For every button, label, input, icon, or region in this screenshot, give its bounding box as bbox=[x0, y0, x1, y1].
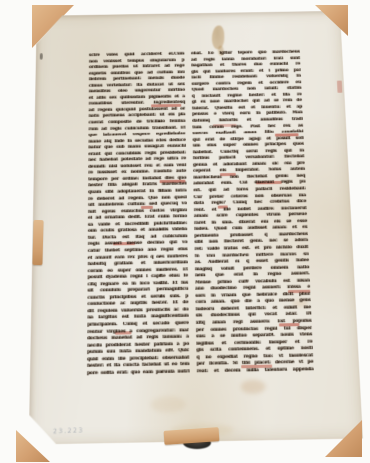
text-line: reat: et decem milia talentorũ appendã bbox=[197, 367, 314, 376]
stain bbox=[212, 25, 225, 49]
rubric-mark bbox=[337, 81, 342, 93]
text-column-right: ebat. Eo igitur tẽpore quo mardocheusad … bbox=[191, 50, 314, 376]
rubric-mark bbox=[256, 181, 282, 184]
rubric-mark bbox=[220, 173, 236, 176]
stain bbox=[150, 396, 186, 413]
rubric-mark bbox=[115, 331, 131, 334]
text-line: pore solita erat: quo eam paruulã nutri bbox=[87, 369, 190, 378]
tape-repair-left-edge bbox=[32, 220, 43, 265]
rubric-mark bbox=[160, 180, 186, 183]
pencil-inscription: 23.223 bbox=[53, 427, 84, 436]
tape-repair-bottom-edge bbox=[164, 427, 220, 445]
rubric-mark bbox=[288, 290, 310, 293]
rubric-mark bbox=[141, 206, 153, 209]
rubric-mark bbox=[241, 365, 272, 368]
rubric-mark bbox=[213, 124, 237, 127]
edge-nick bbox=[40, 53, 43, 60]
photo-mount-corner-bottom-left bbox=[16, 430, 50, 462]
rubric-mark bbox=[279, 323, 300, 326]
mounted-leaf-photo: scire volẽs quid accideret ei.Cumnon ven… bbox=[0, 0, 370, 463]
rubric-mark bbox=[151, 104, 181, 107]
stain bbox=[241, 380, 266, 394]
manuscript-leaf: scire volẽs quid accideret ei.Cumnon ven… bbox=[29, 11, 363, 445]
text-column-left: scire volẽs quid accideret ei.Cumnon ven… bbox=[87, 52, 190, 378]
rubric-mark bbox=[113, 242, 135, 245]
rubric-mark bbox=[218, 205, 228, 208]
rubric-mark bbox=[275, 133, 299, 136]
